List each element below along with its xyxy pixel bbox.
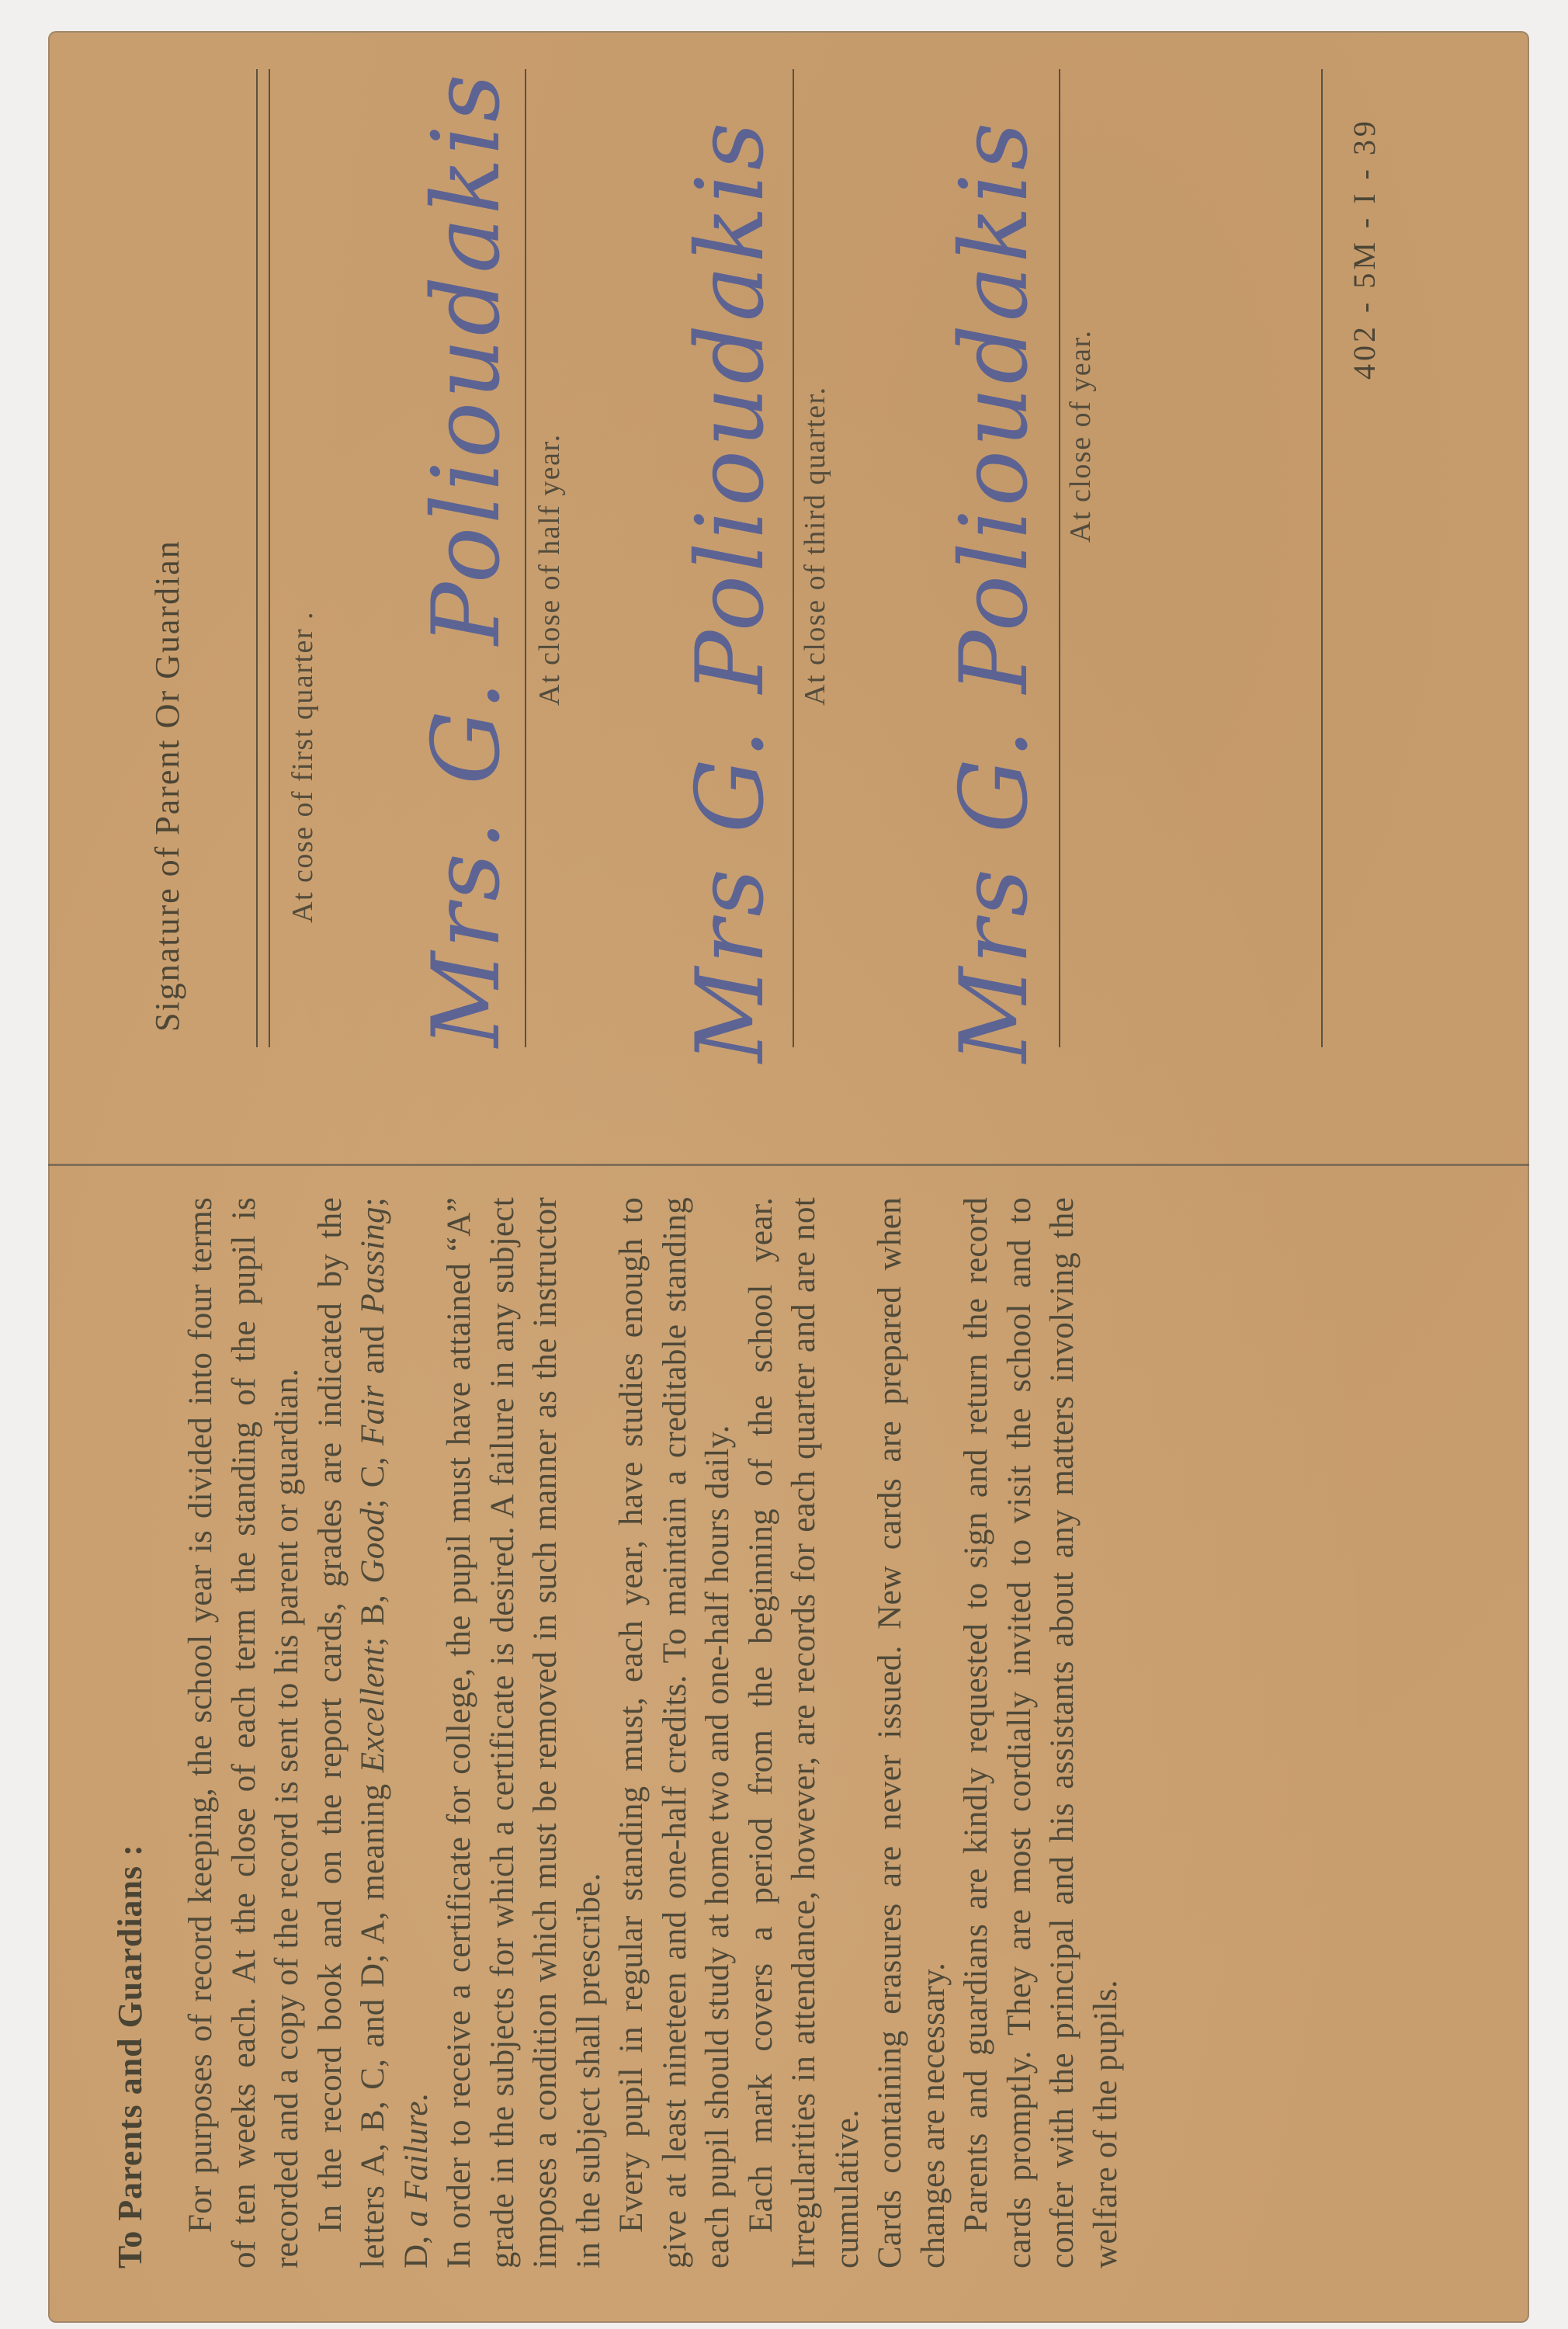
grade-excellent: Excellent [355,1647,391,1773]
caption-third-quarter: At close of third quarter. [798,386,832,706]
panel-divider [48,1164,1529,1166]
instructions-heading: To Parents and Guardians : [110,1197,150,2268]
signature-line-half-year[interactable] [793,69,794,1047]
top-rule-inner [269,69,270,1047]
signature-third-quarter: Mrs G. Polioudakis [677,120,785,1063]
paragraph-regular-standing: Every pupil in regular standing must, ea… [610,1197,740,2268]
signature-line-third-quarter[interactable] [1059,69,1060,1047]
caption-half-year: At close of half year. [532,433,567,706]
paragraph-erasures: Cards containing erasures are never issu… [869,1197,955,2268]
top-rule [256,69,258,1047]
caption-first-quarter: At cose of first quarter . [286,611,320,923]
instructions-panel: To Parents and Guardians : For purposes … [110,1197,1476,2268]
grade-passing: Passing [355,1206,391,1314]
signature-panel-title: Signature of Parent Or Guardian [147,540,187,1032]
grade-fair: Fair [355,1385,391,1446]
grades-text: ; C, [355,1446,391,1508]
paragraph-parents-request: Parents and guardians are kindly request… [955,1197,1127,2268]
grade-failure: a Failure. [398,2092,435,2227]
paragraph-certificate: In order to receive a certificate for co… [438,1197,610,2268]
bottom-rule [1321,69,1323,1047]
signature-line-first-quarter[interactable] [525,69,526,1047]
caption-close-of-year: At close of year. [1063,329,1098,543]
grade-good: Good [355,1508,391,1584]
report-card-back: To Parents and Guardians : For purposes … [48,31,1529,2323]
paragraph-each-mark: Each mark covers a period from the begin… [740,1197,869,2268]
form-code: 402 - 5M - I - 39 [1346,118,1382,380]
signature-half-year: Mrs. G. Polioudakis [413,71,521,1047]
card-surface: To Parents and Guardians : For purposes … [48,31,1529,2323]
grades-text: and [355,1314,391,1386]
signature-panel: Signature of Parent Or Guardian At cose … [48,31,1529,1164]
paragraph-record-keeping: For purposes of record keeping, the scho… [179,1197,309,2268]
paragraph-grades: In the record book and on the report car… [309,1197,439,2268]
grades-text: ; B, [355,1584,391,1647]
signature-close-of-year: Mrs G. Polioudakis [941,120,1049,1063]
